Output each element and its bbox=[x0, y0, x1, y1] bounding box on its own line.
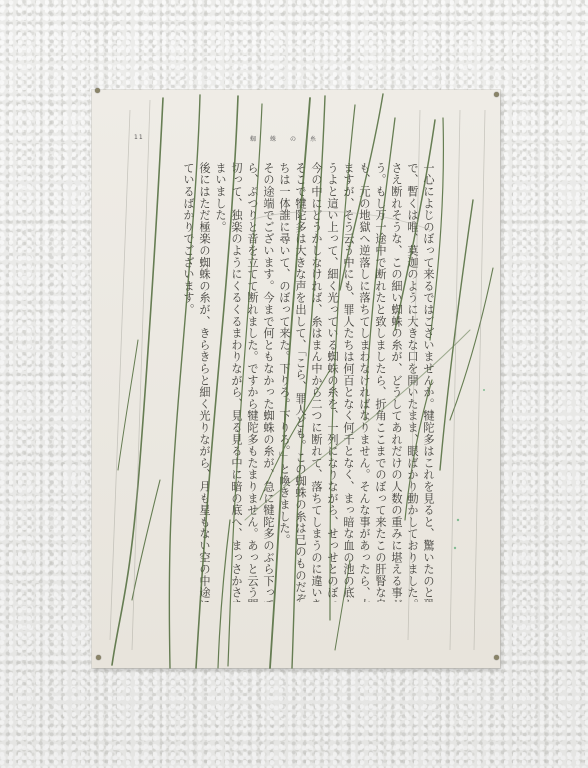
text-column: その途端でございます。今まで何ともなかった蜘蛛の糸が、急に犍陀多のぶら下っている… bbox=[260, 162, 276, 602]
pin bbox=[95, 88, 100, 93]
pin bbox=[494, 655, 499, 660]
text-column: まいました。 bbox=[212, 162, 228, 602]
text-column: さえ断れそうな、この細い蜘蛛の糸が、どうしてあれだけの人数の重みに堪える事が出来… bbox=[388, 162, 404, 602]
text-column: ているばかりでございます。 bbox=[180, 162, 196, 602]
text-column: 切って、独楽のようにくるくるまわりながら、見る見る中に暗の底へ、まっさかさまに落… bbox=[228, 162, 244, 602]
text-column: そこで犍陀多は大きな声を出して、「こら、罪人ども。この蜘蛛の糸は己のものだぞ。お… bbox=[292, 162, 308, 602]
pin bbox=[494, 92, 499, 97]
text-column: 今の中にどうかしなければ、糸はまん中から二つに断れて、落ちてしまうのに違いありま… bbox=[308, 162, 324, 602]
running-title: 蜘蛛の糸 bbox=[250, 134, 330, 143]
page-number: 11 bbox=[134, 134, 144, 141]
text-columns: 一心によじのぼって来るではございませんか。犍陀多はこれを見ると、驚いたのと恐しい… bbox=[180, 162, 436, 602]
text-column: ら、ぷつりと音を立てて断れました。ですから犍陀多もたまりません。あっと云う間もな… bbox=[244, 162, 260, 602]
text-column: 後にはただ極楽の蜘蛛の糸が、きらきらと細く光りながら、月も星もない空の中途に、短… bbox=[196, 162, 212, 602]
book-page: 11 蜘蛛の糸 一心によじのぼって来るではございませんか。犍陀多はこれを見ると、… bbox=[92, 90, 500, 668]
text-column: も、元の地獄へ逆落しに落ちてしまわなければなりません。そんな事があったら、大変で… bbox=[356, 162, 372, 602]
text-column: うよと這い上って、細く光っている蜘蛛の糸を、一列になりながら、せっせとのぼって参… bbox=[324, 162, 340, 602]
text-column: う。もし万一途中で断れたと致しましたら、折角ここまでのぼって来たこの肝腎な自分ま… bbox=[372, 162, 388, 602]
text-column: 一心によじのぼって来るではございませんか。犍陀多はこれを見ると、驚いたのと恐しい… bbox=[420, 162, 436, 602]
text-column: ますが、そう云う中にも、罪人たちは何百となく何千となく、まっ暗な血の池の底から、… bbox=[340, 162, 356, 602]
text-column: ちは一体誰に尋いて、のぼって来た。下りろ。下りろ。」と喚きました。 bbox=[276, 162, 292, 602]
pin bbox=[96, 655, 101, 660]
text-column: で、暫くは唯、莫迦のように大きな口を開いたまま、眼ばかり動かしておりました。自分… bbox=[404, 162, 420, 602]
